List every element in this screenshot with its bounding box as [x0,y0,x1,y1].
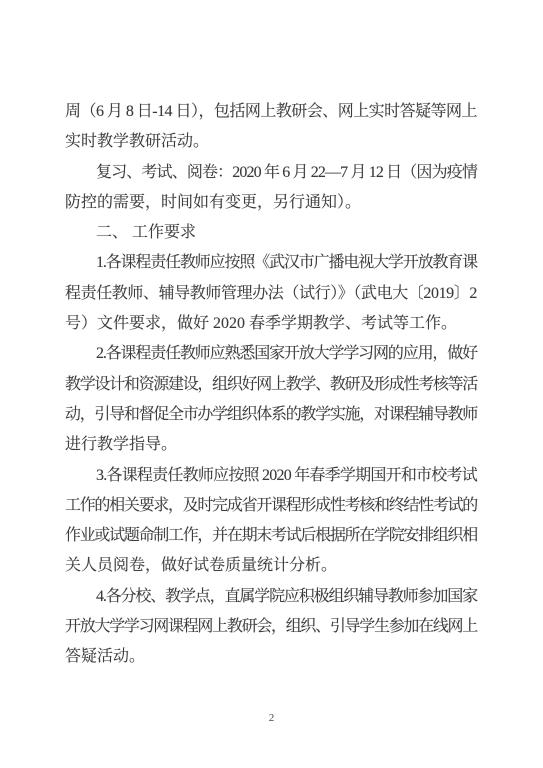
text-line: 工作的相关要求，及时完成省开课程形成性考核和终结性考试的 [65,491,477,521]
text-line: 答疑活动。 [65,642,477,672]
text-line: 2.各课程责任教师应熟悉国家开放大学学习网的应用，做好 [65,339,477,369]
text-line: 教学设计和资源建设，组织好网上教学、教研及形成性考核等活 [65,370,477,400]
text-line: 动，引导和督促全市办学组织体系的教学实施，对课程辅导教师 [65,400,477,430]
text-line: 3.各课程责任教师应按照 2020 年春季学期国开和市校考试 [65,461,477,491]
text-line: 关人员阅卷，做好试卷质量统计分析。 [65,551,477,581]
text-line: 号）文件要求，做好 2020 春季学期教学、考试等工作。 [65,309,477,339]
text-line: 进行教学指导。 [65,430,477,460]
document-page: 周（6 月 8 日-14 日），包括网上教研会、网上实时答疑等网上 实时教学教研… [0,0,543,768]
text-line: 周（6 月 8 日-14 日），包括网上教研会、网上实时答疑等网上 [65,97,477,127]
text-line: 开放大学学习网课程网上教研会，组织、引导学生参加在线网上 [65,612,477,642]
text-line: 1.各课程责任教师应按照《武汉市广播电视大学开放教育课 [65,248,477,278]
page-number: 2 [0,712,543,724]
text-block: 周（6 月 8 日-14 日），包括网上教研会、网上实时答疑等网上 实时教学教研… [65,97,477,673]
text-line: 作业或试题命制工作，并在期末考试后根据所在学院安排组织相 [65,521,477,551]
text-line: 4.各分校、教学点，直属学院应积极组织辅导教师参加国家 [65,582,477,612]
text-line: 复习、考试、阅卷：2020 年 6 月 22—7 月 12 日（因为疫情 [65,158,477,188]
section-heading: 二、 工作要求 [65,218,477,248]
text-line: 程责任教师、辅导教师管理办法（试行）》（武电大〔2019〕2 [65,279,477,309]
text-line: 防控的需要，时间如有变更，另行通知）。 [65,188,477,218]
text-line: 实时教学教研活动。 [65,127,477,157]
